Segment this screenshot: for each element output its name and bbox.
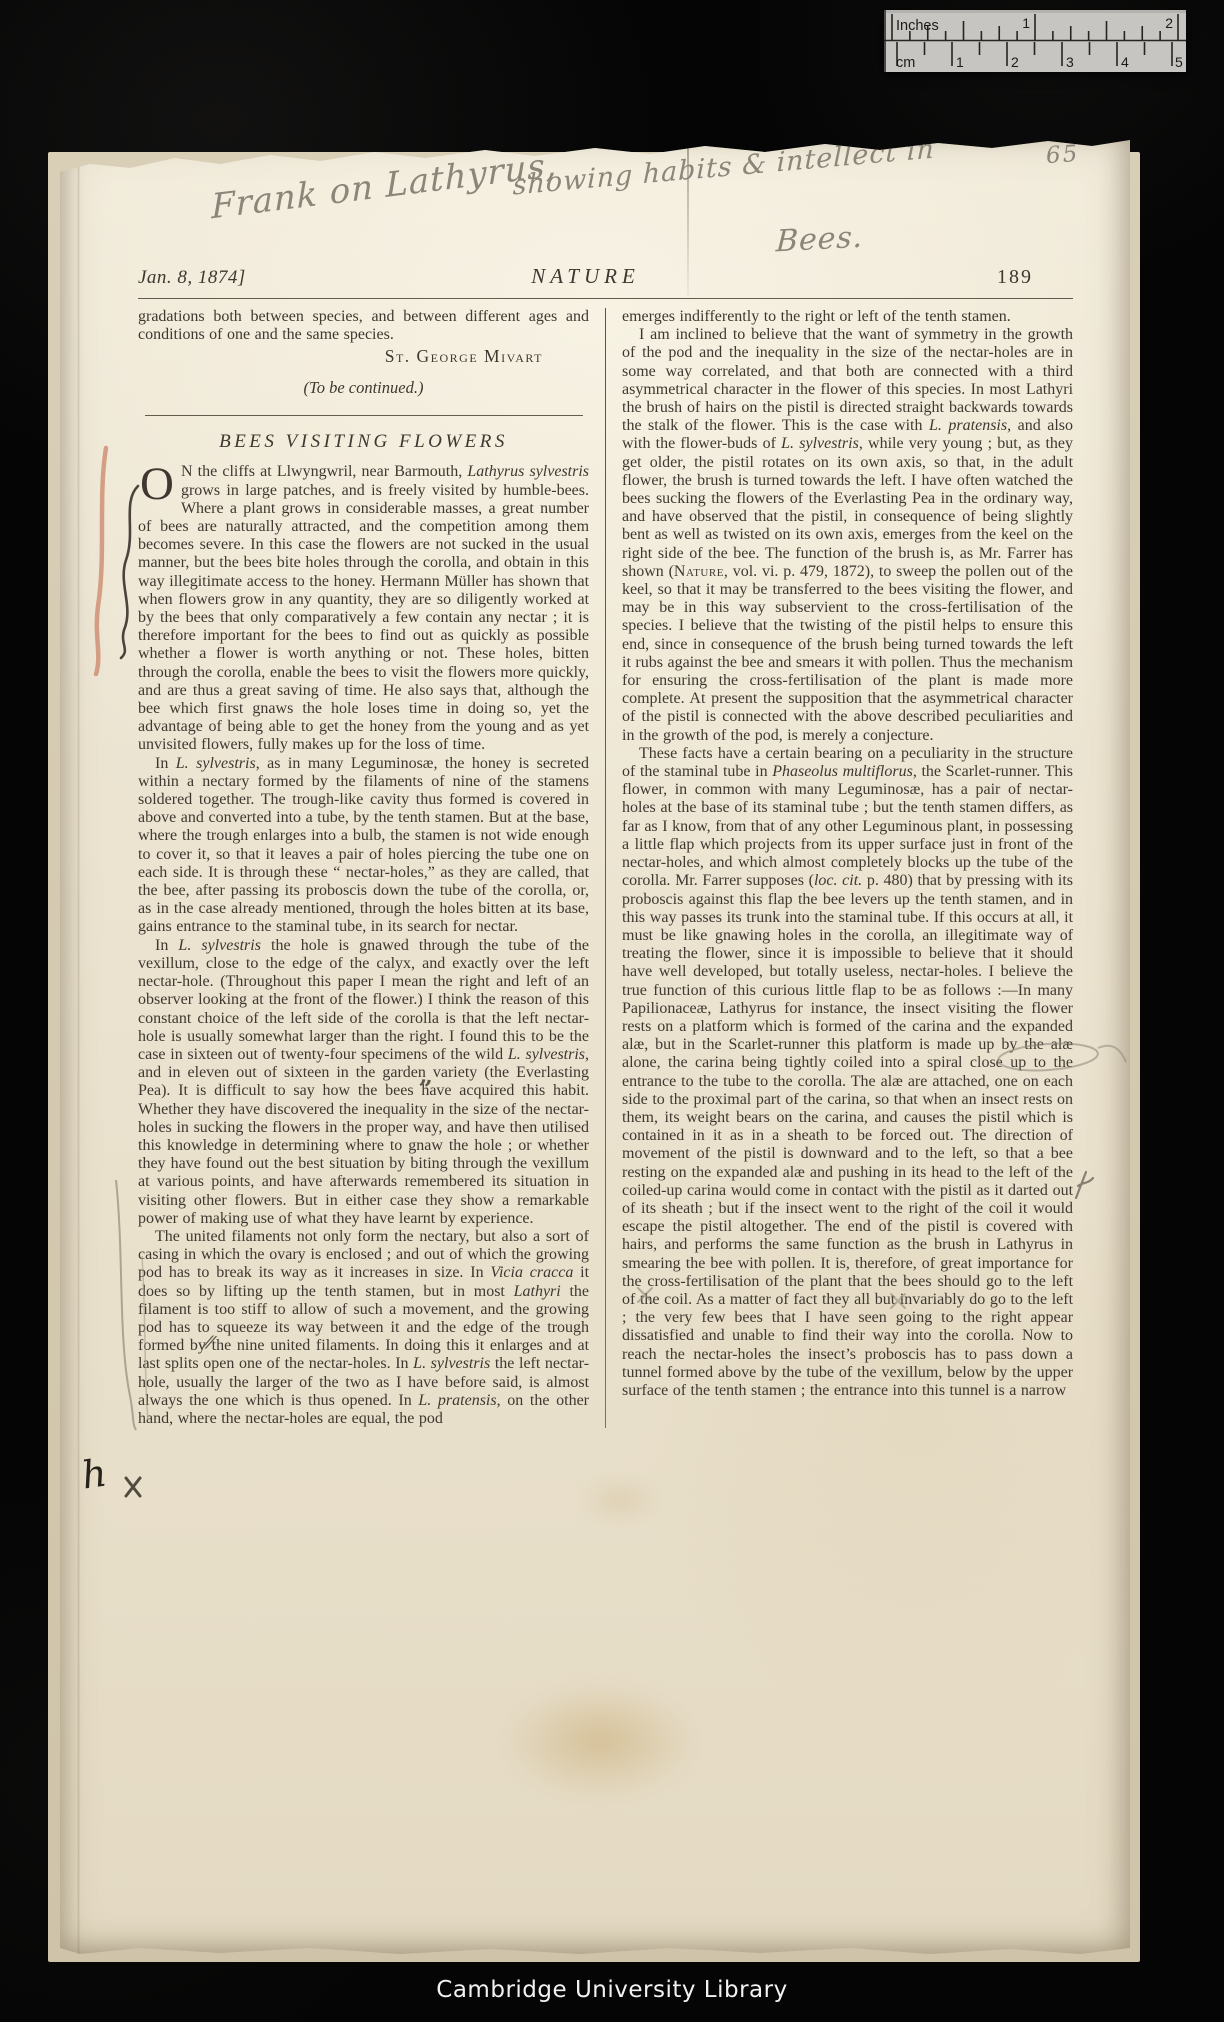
scanned-page: Frank on Lathyrus, showing habits & inte…	[60, 136, 1130, 1954]
pencil-annotation-part3: Bees.	[775, 220, 864, 260]
pencil-scribble-over-word	[126, 1478, 140, 1496]
header-date: Jan. 8, 1874]	[138, 267, 531, 289]
left-column: gradations both between species, and bet…	[138, 308, 589, 1428]
pencil-folio-number: 65	[1045, 141, 1080, 169]
library-caption: Cambridge University Library	[0, 1977, 1224, 2003]
to-be-continued-note: (To be continued.)	[138, 378, 589, 398]
right-column: emerges indifferently to the right or le…	[622, 308, 1073, 1428]
text-columns: gradations both between species, and bet…	[138, 308, 1073, 1428]
ruler-cm-5: 5	[1175, 54, 1183, 70]
paragraph-united-filaments: The united filaments not only form the n…	[138, 1228, 589, 1428]
paragraph-emerges: emerges indifferently to the right or le…	[622, 308, 1073, 326]
column-divider-rule	[605, 308, 606, 1428]
ruler-inch-1: 1	[1022, 15, 1030, 31]
header-rule	[138, 298, 1073, 299]
paragraph-opening: ON the cliffs at Llwyngwril, near Barmou…	[138, 463, 589, 754]
ruler-inches-label: Inches	[896, 18, 939, 34]
paragraph-opening-text: N the cliffs at Llwyngwril, near Barmout…	[138, 463, 589, 753]
printed-page-number: 189	[640, 266, 1073, 289]
paper-stain	[500, 1681, 700, 1801]
paragraph-phaseolus: These facts have a certain bearing on a …	[622, 745, 1073, 1400]
printed-content: Jan. 8, 1874] NATURE 189 gradations both…	[60, 136, 1130, 1428]
ruler-cm-1: 1	[956, 54, 964, 70]
drop-cap: O	[138, 463, 181, 503]
ruler-cm-4: 4	[1121, 54, 1129, 70]
article-continuation: gradations both between species, and bet…	[138, 308, 589, 344]
paragraph-nectary: In L. sylvestris, as in many Leguminosæ,…	[138, 755, 589, 937]
ruler-inch-2: 2	[1165, 15, 1173, 31]
ruler-cm-label: cm	[896, 55, 915, 71]
paper-stain-small	[580, 1476, 660, 1524]
pencil-letter-mark: h	[79, 1450, 110, 1497]
journal-title: NATURE	[531, 264, 640, 289]
section-rule	[145, 415, 583, 416]
paragraph-hole-gnawed: In L. sylvestris the hole is gnawed thro…	[138, 937, 589, 1228]
author-signature: St. George Mivart	[138, 346, 589, 367]
ruler: Inches 1 2 cm 1 2 3 4 5	[884, 10, 1186, 72]
paragraph-symmetry: I am inclined to believe that the want o…	[622, 326, 1073, 745]
article-title: BEES VISITING FLOWERS	[138, 431, 589, 453]
ruler-cm-3: 3	[1066, 54, 1074, 70]
scan-background: Inches 1 2 cm 1 2 3 4 5 Frank on Lathyru…	[0, 0, 1224, 2022]
ruler-cm-2: 2	[1011, 54, 1019, 70]
